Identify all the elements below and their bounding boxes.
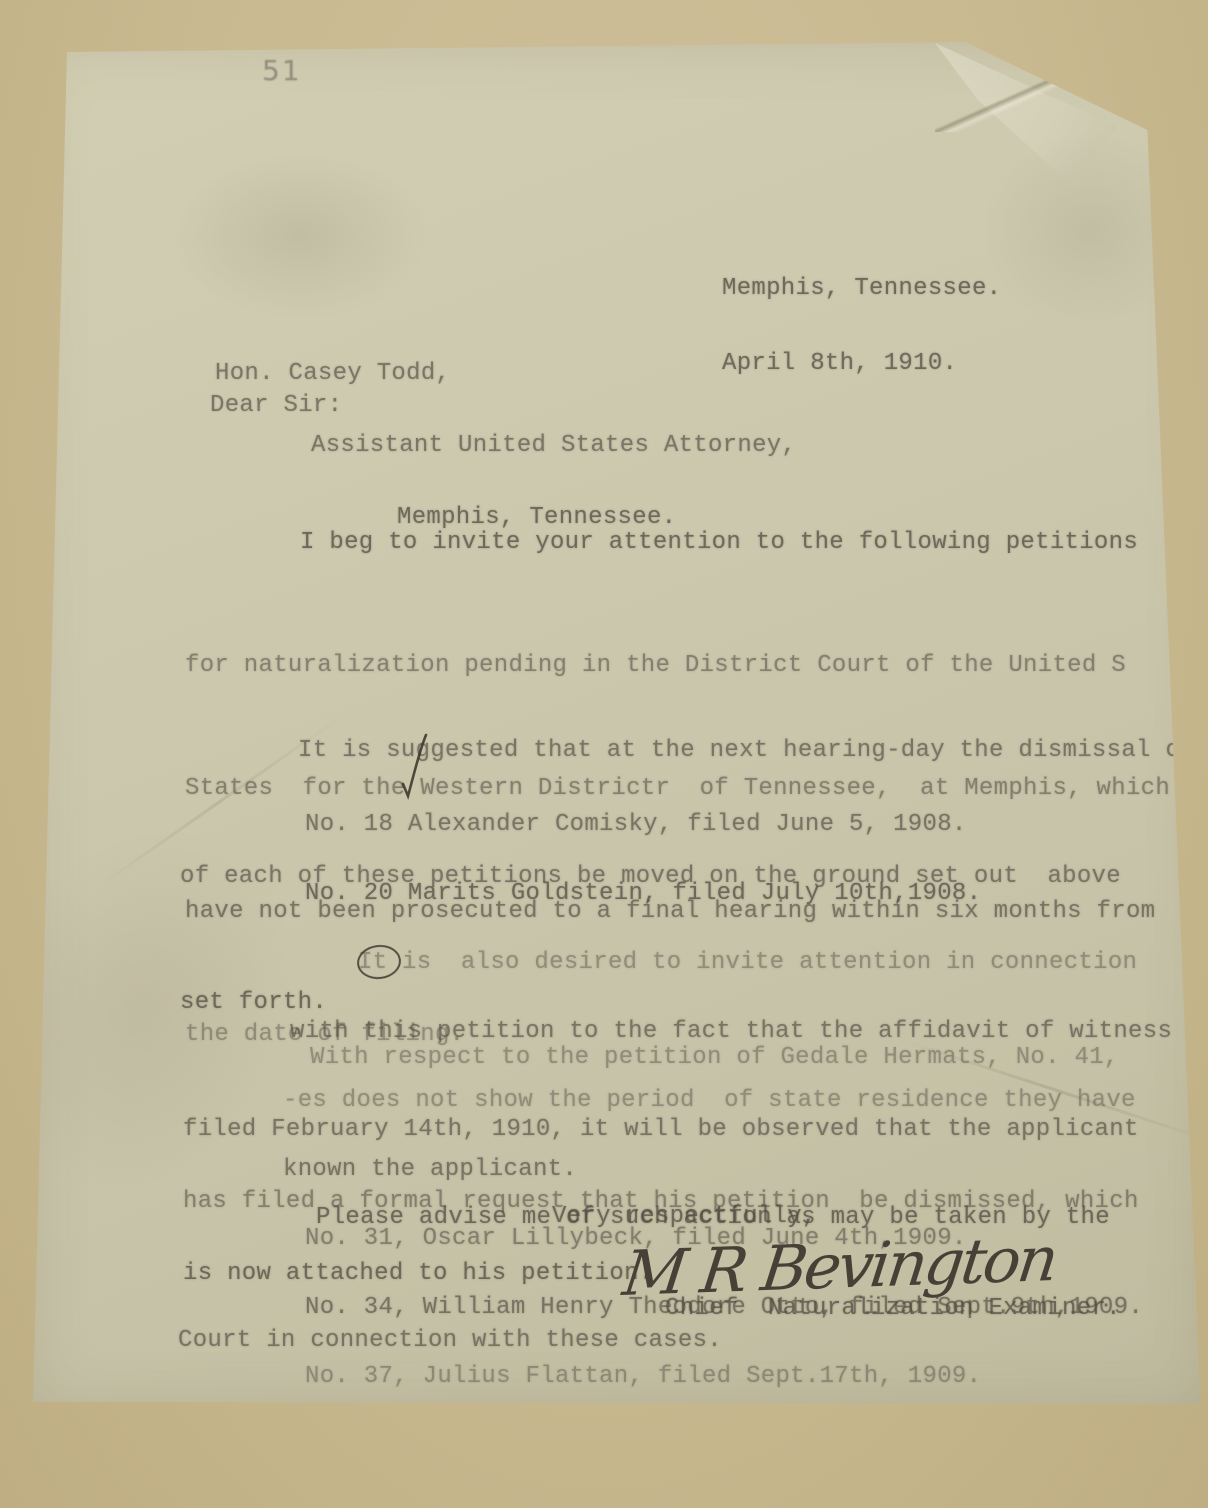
corner-cut-edge [935,40,1141,132]
salutation: Dear Sir: [210,392,342,419]
archival-page-number: 51 [262,54,302,87]
signature-title: Chief Naturalization Examiner. [665,1295,1121,1322]
petition-line: No. 20 Marits Goldstein, filed July 10th… [305,882,1172,905]
scanned-letter-photo: 51 Memphis, Tennessee. April 8th, 1910. … [0,0,1208,1508]
typed-line: It is suggested that at the next hearing… [298,730,1180,772]
address-line: Hon. Casey Todd, [215,362,796,386]
pen-checkmark-annotation [400,732,430,806]
typed-line: I beg to invite your attention to the fo… [300,522,1170,563]
petition-line: It is also desired to invite attention i… [358,951,1172,974]
typed-line: With respect to the petition of Gedale H… [310,1046,1139,1070]
stain-smudge [170,150,430,320]
petition-line: No. 18 Alexander Comisky, filed June 5, … [305,813,1172,836]
dateline-city: Memphis, Tennessee. [722,276,1001,301]
letter-paper: 51 Memphis, Tennessee. April 8th, 1910. … [30,40,1205,1410]
corner-fold-crease [935,40,1150,190]
stain-smudge [980,130,1200,330]
typed-line: Court in connection with these cases. [178,1320,1110,1361]
